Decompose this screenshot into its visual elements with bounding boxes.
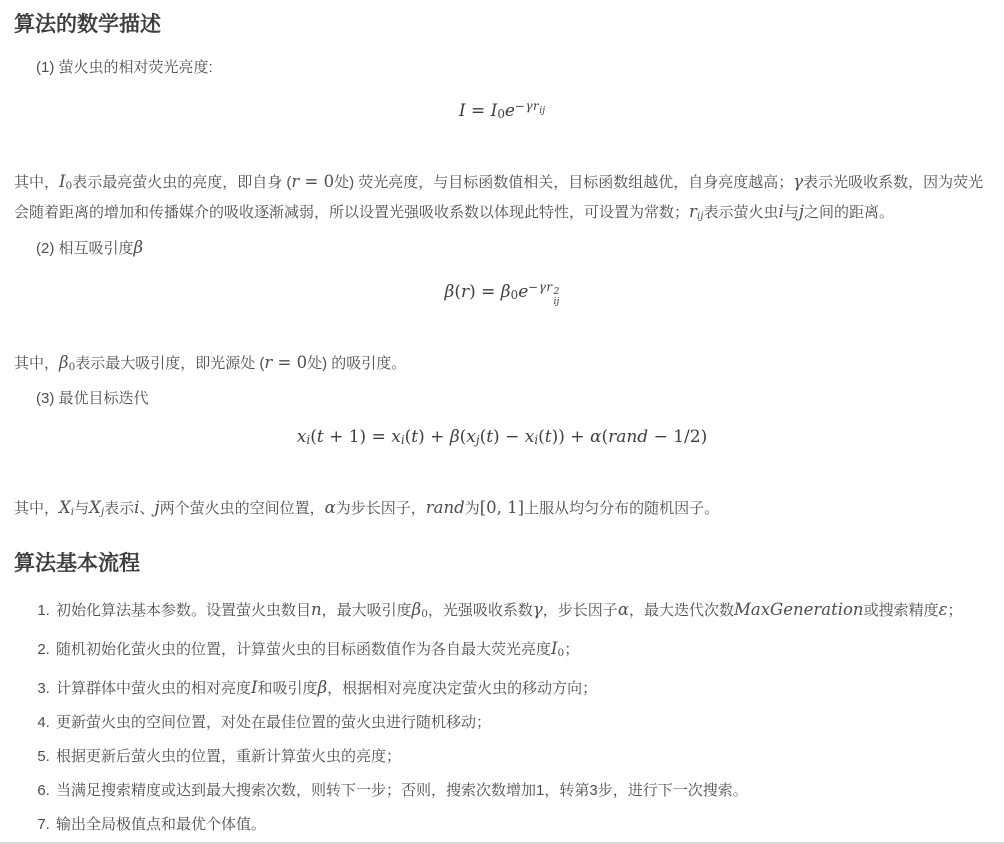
math-item-2-label: (2) 相互吸引度β	[14, 235, 990, 261]
formula-position-update: xi(t + 1) = xi(t) + β(xj(t) − xi(t)) + α…	[14, 425, 990, 453]
math-item-3-label: (3) 最优目标迭代	[14, 386, 990, 411]
algorithm-steps-list: 初始化算法基本参数。设置萤火虫数目n，最大吸引度β0，光强吸收系数γ，步长因子α…	[14, 594, 990, 840]
section-title-flow: 算法基本流程	[14, 551, 990, 577]
step-item-3: 计算群体中萤火虫的相对亮度I和吸引度β，根据相对亮度决定萤火虫的移动方向；	[54, 672, 990, 704]
section-title-math: 算法的数学描述	[14, 12, 990, 38]
paragraph-attractiveness-explanation: 其中，β0表示最大吸引度，即光源处 (r = 0处) 的吸引度。	[14, 350, 990, 380]
formula-relative-brightness: I = I0e−γrij	[14, 94, 990, 127]
step-item-6: 当满足搜索精度或达到最大搜索次数，则转下一步；否则，搜索次数增加1，转第3步，进…	[54, 775, 990, 806]
step-item-1: 初始化算法基本参数。设置萤火虫数目n，最大吸引度β0，光强吸收系数γ，步长因子α…	[54, 594, 990, 630]
math-item-1-label: (1) 萤火虫的相对荧光亮度:	[14, 55, 990, 80]
formula-mutual-attractiveness: β(r) = β0e−γr2ij	[14, 275, 990, 308]
paragraph-brightness-explanation: 其中，I0表示最亮萤火虫的亮度，即自身 (r = 0处) 荧光亮度，与目标函数值…	[14, 169, 990, 229]
step-item-2: 随机初始化萤火虫的位置，计算萤火虫的目标函数值作为各自最大荧光亮度I0；	[54, 633, 990, 669]
step-item-5: 根据更新后萤火虫的位置，重新计算萤火虫的亮度；	[54, 741, 990, 772]
step-item-7: 输出全局极值点和最优个体值。	[54, 809, 990, 840]
paragraph-position-explanation: 其中，Xi与Xj表示i、j两个萤火虫的空间位置，α为步长因子，rand为[0, …	[14, 495, 990, 525]
step-item-4: 更新萤火虫的空间位置，对处在最佳位置的萤火虫进行随机移动；	[54, 707, 990, 738]
article-page: 算法的数学描述 (1) 萤火虫的相对荧光亮度: I = I0e−γrij 其中，…	[0, 0, 1004, 840]
